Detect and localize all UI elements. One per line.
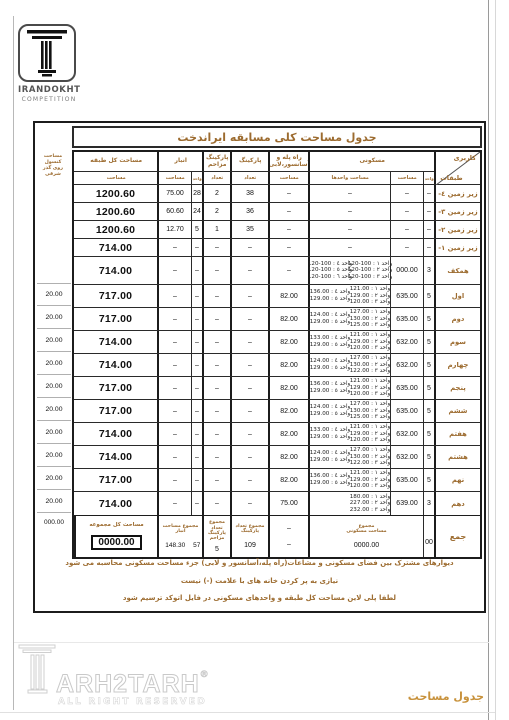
table-row-زیر زمین ١-: زیر زمین ١-––––––––714.00 [74,239,480,257]
tarh2tarh-watermark: ARH2TARH ® ALL RIGHT RESERVED [18,644,218,707]
storage-count: 28 [191,185,202,202]
page-left-rule [13,16,14,710]
area-table: کاربری طبقات مسکونی راه پله وآسانسور،لاب… [72,150,482,559]
stair-lobby-area: 82.00 [268,354,308,376]
floor-total-area: 717.00 [74,377,157,399]
units-total-area: 635.00 [390,308,423,330]
unit-line: واحد ٢ : 129.00 [350,385,390,392]
unit-areas: واحد ١ : 127.00واحد ٢ : 130.00واحد ٣ : 1… [308,308,390,330]
unit-line: واحد ٥ : 129.00 [310,342,350,349]
totals-residential: مجموعمساحت مسکونی 0000.00 [308,516,423,557]
table-row-ششم: ششم5635.00واحد ١ : 127.00واحد ٢ : 130.00… [74,400,480,423]
row-label: اول [434,285,480,307]
header-stairs: راه پله وآسانسور،لابی [268,152,308,171]
logo-brand-text: IRANDOKHT [18,85,80,95]
totals-parking-blocked: مجموع تعدادپارکینگ مزاحم 5 [202,516,230,557]
stair-lobby-area: 82.00 [268,285,308,307]
storage-count: – [191,354,202,376]
unit-count: 5 [423,354,434,376]
parking-count: – [230,400,268,422]
unit-areas: واحد ١ : 127.00واحد ٢ : 130.00واحد ٣ : 1… [308,354,390,376]
unit-areas: – [308,185,390,202]
unit-areas: واحد ١ : 121.00واحد ٢ : 129.00واحد ٣ : 1… [308,423,390,445]
storage-count: – [191,423,202,445]
unit-line: واحد ٦ : 100-120 [308,274,352,281]
units-total-area: 000.00 [390,257,423,284]
storage-count: – [191,377,202,399]
row-label: هفتم [434,423,480,445]
unit-count: 5 [423,285,434,307]
unit-line: واحد ٥ : 129.00 [310,434,350,441]
console-area-value: 20.00 [37,444,71,467]
blocked-parking-count: 2 [202,203,230,220]
parking-count: – [230,492,268,515]
unit-areas-left [310,492,350,515]
console-area-value: 20.00 [37,283,71,306]
page-right-rule [488,0,489,720]
unit-areas-left: واحد ٤ : 124.00واحد ٥ : 129.00 [310,308,350,330]
console-area-value: 20.00 [37,398,71,421]
storage-area: – [157,400,191,422]
unit-areas-right: واحد ١ : 127.00واحد ٢ : 130.00واحد ٣ : 1… [350,446,390,468]
blocked-parking-count: – [202,239,230,256]
note-line: لطفا پلی لاین مساحت کل طبقه و واحدهای مس… [45,594,474,602]
unit-line: واحد ٢ : 130.00 [350,454,390,461]
table-row-زیر زمین ٤-: زیر زمین ٤-––––3822875.001200.60 [74,185,480,203]
row-label: نهم [434,469,480,491]
row-label: ششم [434,400,480,422]
units-total-area: – [390,185,423,202]
unit-line: واحد ٣ : 122.00 [350,460,390,467]
console-area-value: 20.00 [37,490,71,513]
table-row-زیر زمین ٣-: زیر زمین ٣-––––3622460.601200.60 [74,203,480,221]
storage-count: 24 [191,203,202,220]
parking-count: – [230,446,268,468]
unit-line: واحد ٢ : 129.00 [350,339,390,346]
parking-count: – [230,285,268,307]
table-row-پنجم: پنجم5635.00واحد ١ : 121.00واحد ٢ : 129.0… [74,377,480,400]
header-residential: مسکونی [308,152,434,171]
totals-parking: مجموع تعدادپارکینگ 109 [230,516,268,557]
row-label: زیر زمین ٢- [434,221,480,238]
row-label: چهارم [434,354,480,376]
unit-areas-left: واحد ٤ : 136.00واحد ٥ : 129.00 [310,285,350,307]
floor-total-area: 1200.60 [74,221,157,238]
storage-count: – [191,308,202,330]
unit-line: واحد ١ : 121.00 [350,470,390,477]
parking-count: 38 [230,185,268,202]
console-area-value: 20.00 [37,352,71,375]
unit-line: واحد ٤ : 124.00 [310,358,350,365]
console-area-value: 20.00 [37,329,71,352]
unit-count: 5 [423,308,434,330]
sub-total-area: مساحت [75,172,157,184]
row-label: سوم [434,331,480,353]
storage-area: – [157,469,191,491]
unit-areas: واحد ١ : 121.00واحد ٢ : 129.00واحد ٣ : 1… [308,331,390,353]
registered-icon: ® [200,670,209,680]
unit-line: واحد ٣ : 125.00 [350,414,390,421]
row-label: زیر زمین ٤- [434,185,480,202]
sub-parking-count: تعداد [230,172,268,184]
unit-areas: واحد ١ : 121.00واحد ٢ : 129.00واحد ٣ : 1… [308,377,390,399]
unit-areas-right: واحد ١ : 127.00واحد ٢ : 130.00واحد ٣ : 1… [350,400,390,422]
storage-area: – [157,257,191,284]
row-label: دهم [434,492,480,515]
unit-areas-left: واحد ٤ : 136.00واحد ٥ : 129.00 [310,469,350,491]
storage-area: – [157,377,191,399]
unit-line: واحد ٢ : 129.00 [350,293,390,300]
unit-line: واحد ٢ : 129.00 [350,431,390,438]
stair-lobby-area: 82.00 [268,400,308,422]
units-total-area: 632.00 [390,354,423,376]
unit-count: 5 [423,331,434,353]
storage-count: 5 [191,221,202,238]
unit-line: واحد ٢ : 130.00 [350,408,390,415]
unit-areas-right: واحد ١ : 127.00واحد ٢ : 130.00واحد ٣ : 1… [350,354,390,376]
unit-line: واحد ٢ : 227.00 [350,500,390,507]
unit-line: واحد ٣ : 122.00 [350,368,390,375]
unit-line: واحد ٤ : 124.00 [310,450,350,457]
unit-line: واحد ٥ : 129.00 [310,365,350,372]
unit-areas-right: واحد ١ : 127.00واحد ٢ : 130.00واحد ٣ : 1… [350,308,390,330]
units-total-area: 635.00 [390,469,423,491]
watermark-column-icon [18,644,56,696]
stair-lobby-area: 82.00 [268,331,308,353]
header-storage: انبار [157,152,202,171]
storage-count: – [191,492,202,515]
storage-count: – [191,331,202,353]
row-label: همکف [434,257,480,284]
unit-line: واحد ٢ : 100-120 [348,267,392,274]
blocked-parking-count: – [202,257,230,284]
parking-count: – [230,354,268,376]
console-total-value: 000.00 [37,513,71,555]
sub-blocked-count: تعداد [202,172,230,184]
unit-line: واحد ٥ : 129.00 [310,457,350,464]
unit-line: واحد ٤ : 133.00 [310,427,350,434]
stair-lobby-area: 82.00 [268,377,308,399]
unit-line: واحد ١ : 121.00 [350,424,390,431]
floor-total-area: 714.00 [74,492,157,515]
unit-areas-left: واحد ٤ : 124.00واحد ٥ : 129.00 [310,400,350,422]
units-total-area: 639.00 [390,492,423,515]
corner-usage-label: کاربری [454,154,476,162]
storage-count: – [191,239,202,256]
console-area-value: 20.00 [37,421,71,444]
stair-lobby-area: – [268,203,308,220]
watermark-rights-text: ALL RIGHT RESERVED [58,697,218,707]
unit-line: واحد ١ : 121.00 [350,332,390,339]
units-total-area: – [390,221,423,238]
storage-area: – [157,423,191,445]
totals-row: جمع 00 مجموعمساحت مسکونی 0000.00 – – مجم… [74,515,480,557]
floor-total-area: 1200.60 [74,185,157,202]
table-row-نهم: نهم5635.00واحد ١ : 121.00واحد ٢ : 129.00… [74,469,480,492]
table-row-چهارم: چهارم5632.00واحد ١ : 127.00واحد ٢ : 130.… [74,354,480,377]
floor-total-area: 714.00 [74,446,157,468]
unit-areas: – [308,239,390,256]
page-bottom-rule [0,712,495,713]
unit-line: واحد ٤ : 136.00 [310,289,350,296]
table-row-اول: اول5635.00واحد ١ : 121.00واحد ٢ : 129.00… [74,285,480,308]
blocked-parking-count: – [202,446,230,468]
unit-areas-right: واحد ١ : 121.00واحد ٢ : 129.00واحد ٣ : 1… [350,469,390,491]
unit-line: واحد ١ : 127.00 [350,355,390,362]
storage-area: – [157,331,191,353]
stair-lobby-area: 82.00 [268,446,308,468]
row-label: زیر زمین ١- [434,239,480,256]
unit-count: 5 [423,400,434,422]
units-total-area: – [390,239,423,256]
units-total-area: 635.00 [390,377,423,399]
table-row-هشتم: هشتم5632.00واحد ١ : 127.00واحد ٢ : 130.0… [74,446,480,469]
console-area-value: 20.00 [37,375,71,398]
totals-grand: مساحت کل مجموعه 0000.00 [74,516,157,557]
logo-sub-text: COMPETITION [18,96,80,103]
unit-line: واحد ٥ : 129.00 [310,411,350,418]
unit-areas-right: واحد ١ : 121.00واحد ٢ : 129.00واحد ٣ : 1… [350,377,390,399]
watermark-brand-text: ARH2TARH [56,672,200,696]
stair-lobby-area: 75.00 [268,492,308,515]
unit-count: 3 [423,257,434,284]
unit-count: 3 [423,492,434,515]
unit-areas-right: واحد ١ : 121.00واحد ٢ : 129.00واحد ٣ : 1… [350,285,390,307]
stair-lobby-area: – [268,239,308,256]
unit-line: واحد ٣ : 120.00 [350,345,390,352]
floor-total-area: 714.00 [74,331,157,353]
storage-area: 60.60 [157,203,191,220]
table-title: جدول مساحت کلی مسابقه ایراندخت [72,126,482,148]
parking-count: – [230,239,268,256]
storage-area: – [157,354,191,376]
storage-area: – [157,446,191,468]
blocked-parking-count: – [202,492,230,515]
parking-count: – [230,423,268,445]
floor-total-area: 717.00 [74,285,157,307]
unit-count: – [423,239,434,256]
table-row-سوم: سوم5632.00واحد ١ : 121.00واحد ٢ : 129.00… [74,331,480,354]
parking-count: – [230,308,268,330]
footer-tag: جدول مساحت [408,690,484,703]
floor-total-area: 717.00 [74,400,157,422]
unit-areas: واحد ١ : 121.00واحد ٢ : 129.00واحد ٣ : 1… [308,469,390,491]
grand-total-value: 0000.00 [91,535,141,550]
sub-storage-unit: واحد [191,172,202,184]
unit-line: واحد ٥ : 129.00 [310,480,350,487]
blocked-parking-count: – [202,285,230,307]
totals-storage: مجموع مساحتانبار 57 148.30 [157,516,202,557]
unit-areas-right: واحد ١ : 121.00واحد ٢ : 129.00واحد ٣ : 1… [350,331,390,353]
console-column-header: مساحت کنسول روی گذر شرقی [35,154,71,178]
row-label: زیر زمین ٣- [434,203,480,220]
blocked-parking-count: – [202,377,230,399]
unit-line: واحد ٤ : 136.00 [310,473,350,480]
storage-count: – [191,446,202,468]
unit-count: 5 [423,446,434,468]
unit-line: واحد ٥ : 129.00 [310,296,350,303]
floor-total-area: 1200.60 [74,203,157,220]
unit-line: واحد ١ : 180.00 [350,494,390,501]
unit-line: واحد ٥ : 129.00 [310,388,350,395]
unit-line: واحد ٥ : 129.00 [310,319,350,326]
unit-line: واحد ٤ : 133.00 [310,335,350,342]
stair-lobby-area: – [268,257,308,284]
unit-areas-left: واحد ٤ : 133.00واحد ٥ : 129.00 [310,423,350,445]
stair-lobby-area: 82.00 [268,423,308,445]
header-parking-blocked: پارکینگ مزاحم [202,152,230,171]
table-row-هفتم: هفتم5632.00واحد ١ : 121.00واحد ٢ : 129.0… [74,423,480,446]
unit-line: واحد ١ : 100-120 [348,261,392,268]
unit-areas: واحد ١ : 100-120واحد ٢ : 100-120واحد ٣ :… [308,257,390,284]
units-total-area: – [390,203,423,220]
unit-line: واحد ١ : 127.00 [350,447,390,454]
table-header: کاربری طبقات مسکونی راه پله وآسانسور،لاب… [74,152,480,185]
parking-count: 36 [230,203,268,220]
table-body: زیر زمین ٤-––––3822875.001200.60زیر زمین… [74,185,480,515]
unit-count: – [423,203,434,220]
units-total-area: 632.00 [390,446,423,468]
unit-line: واحد ١ : 121.00 [350,378,390,385]
storage-area: – [157,308,191,330]
unit-areas: واحد ١ : 180.00واحد ٢ : 227.00واحد ٣ : 2… [308,492,390,515]
blocked-parking-count: – [202,469,230,491]
totals-label: جمع [434,516,480,557]
blocked-parking-count: – [202,400,230,422]
totals-storage-area: 148.30 [159,542,191,549]
note-line: دیوارهای مشترک بین فضای مسکونی و مشاعات(… [45,559,474,567]
header-floor-total: مساحت کل طبقه [75,152,157,171]
console-area-value: 20.00 [37,306,71,329]
unit-line: واحد ٢ : 130.00 [350,316,390,323]
parking-count: – [230,469,268,491]
unit-areas-left: واحد ٤ : 136.00واحد ٥ : 129.00 [310,377,350,399]
floor-total-area: 714.00 [74,354,157,376]
units-total-area: 635.00 [390,400,423,422]
storage-count: – [191,400,202,422]
blocked-parking-count: – [202,308,230,330]
row-label: هشتم [434,446,480,468]
sub-area: مساحت [390,172,423,184]
stair-lobby-area: – [268,185,308,202]
unit-line: واحد ٣ : 232.00 [350,507,390,514]
unit-areas-right: واحد ١ : 100-120واحد ٢ : 100-120واحد ٣ :… [350,257,390,284]
corner-header-cell: کاربری طبقات [434,152,480,184]
units-total-area: 635.00 [390,285,423,307]
sub-storage-area: مساحت [157,172,191,184]
unit-line: واحد ٤ : 136.00 [310,381,350,388]
floor-total-area: 717.00 [74,308,157,330]
storage-count: – [191,285,202,307]
unit-line: واحد ٣ : 120.00 [350,437,390,444]
unit-line: واحد ٣ : 100-120 [348,274,392,281]
unit-count: 5 [423,469,434,491]
unit-line: واحد ١ : 121.00 [350,286,390,293]
stair-lobby-area: 82.00 [268,308,308,330]
note-line: نیازی به پر کردن خانه های با علامت (-) ن… [45,577,474,585]
storage-area: 12.70 [157,221,191,238]
parking-count: – [230,377,268,399]
floor-total-area: 717.00 [74,469,157,491]
storage-count: – [191,469,202,491]
unit-areas-right: واحد ١ : 121.00واحد ٢ : 129.00واحد ٣ : 1… [350,423,390,445]
unit-line: واحد ٢ : 129.00 [350,477,390,484]
floor-total-area: 714.00 [74,257,157,284]
irandokht-logo: IRANDOKHT COMPETITION [18,24,80,103]
column-icon [18,24,76,82]
row-label: پنجم [434,377,480,399]
blocked-parking-count: 1 [202,221,230,238]
sub-stair-area: مساحت [268,172,308,184]
unit-areas-left: واحد ٤ : 124.00واحد ٥ : 129.00 [310,446,350,468]
footnotes: دیوارهای مشترک بین فضای مسکونی و مشاعات(… [45,559,474,612]
units-total-area: 632.00 [390,423,423,445]
unit-line: واحد ٥ : 100-120 [308,267,352,274]
unit-count: – [423,185,434,202]
page-right-rule-2 [495,0,496,720]
parking-count: – [230,257,268,284]
console-column: 20.0020.0020.0020.0020.0020.0020.0020.00… [37,283,71,555]
unit-areas: واحد ١ : 127.00واحد ٢ : 130.00واحد ٣ : 1… [308,400,390,422]
document-frame: جدول مساحت کلی مسابقه ایراندخت مساحت کنس… [33,121,486,613]
unit-line: واحد ٤ : 124.00 [310,312,350,319]
stair-lobby-area: 82.00 [268,469,308,491]
parking-count: 35 [230,221,268,238]
blocked-parking-count: – [202,331,230,353]
unit-areas: – [308,221,390,238]
unit-count: – [423,221,434,238]
row-label: دوم [434,308,480,330]
unit-count: 5 [423,377,434,399]
totals-stairs: – – [268,516,308,557]
sub-units-area: مساحت واحدها [308,172,390,184]
unit-line: واحد ٣ : 120.00 [350,483,390,490]
stair-lobby-area: – [268,221,308,238]
unit-areas: – [308,203,390,220]
storage-area: 75.00 [157,185,191,202]
table-row-همکف: همکف3000.00واحد ١ : 100-120واحد ٢ : 100-… [74,257,480,285]
storage-count: – [191,257,202,284]
unit-line: واحد ٤ : 100-120 [308,261,352,268]
unit-areas: واحد ١ : 121.00واحد ٢ : 129.00واحد ٣ : 1… [308,285,390,307]
footer-separator-rule [14,642,489,643]
unit-line: واحد ٣ : 120.00 [350,391,390,398]
table-row-دهم: دهم3639.00واحد ١ : 180.00واحد ٢ : 227.00… [74,492,480,515]
corner-floors-label: طبقات [440,174,462,182]
blocked-parking-count: – [202,423,230,445]
totals-unit-count: 00 [423,516,434,557]
unit-line: واحد ١ : 127.00 [350,309,390,316]
blocked-parking-count: – [202,354,230,376]
sub-unit: واحد [423,172,434,184]
table-row-زیر زمین ٢-: زیر زمین ٢-––––351512.701200.60 [74,221,480,239]
totals-storage-count: 57 [191,542,202,549]
console-area-value: 20.00 [37,467,71,490]
blocked-parking-count: 2 [202,185,230,202]
table-row-دوم: دوم5635.00واحد ١ : 127.00واحد ٢ : 130.00… [74,308,480,331]
unit-line: واحد ٤ : 124.00 [310,404,350,411]
unit-line: واحد ٢ : 130.00 [350,362,390,369]
unit-areas-left: واحد ٤ : 124.00واحد ٥ : 129.00 [310,354,350,376]
parking-count: – [230,331,268,353]
storage-area: – [157,239,191,256]
storage-area: – [157,285,191,307]
floor-total-area: 714.00 [74,423,157,445]
unit-line: واحد ١ : 127.00 [350,401,390,408]
unit-areas-left: واحد ٤ : 100-120واحد ٥ : 100-120واحد ٦ :… [310,257,350,284]
storage-area: – [157,492,191,515]
unit-line: واحد ٣ : 120.00 [350,299,390,306]
